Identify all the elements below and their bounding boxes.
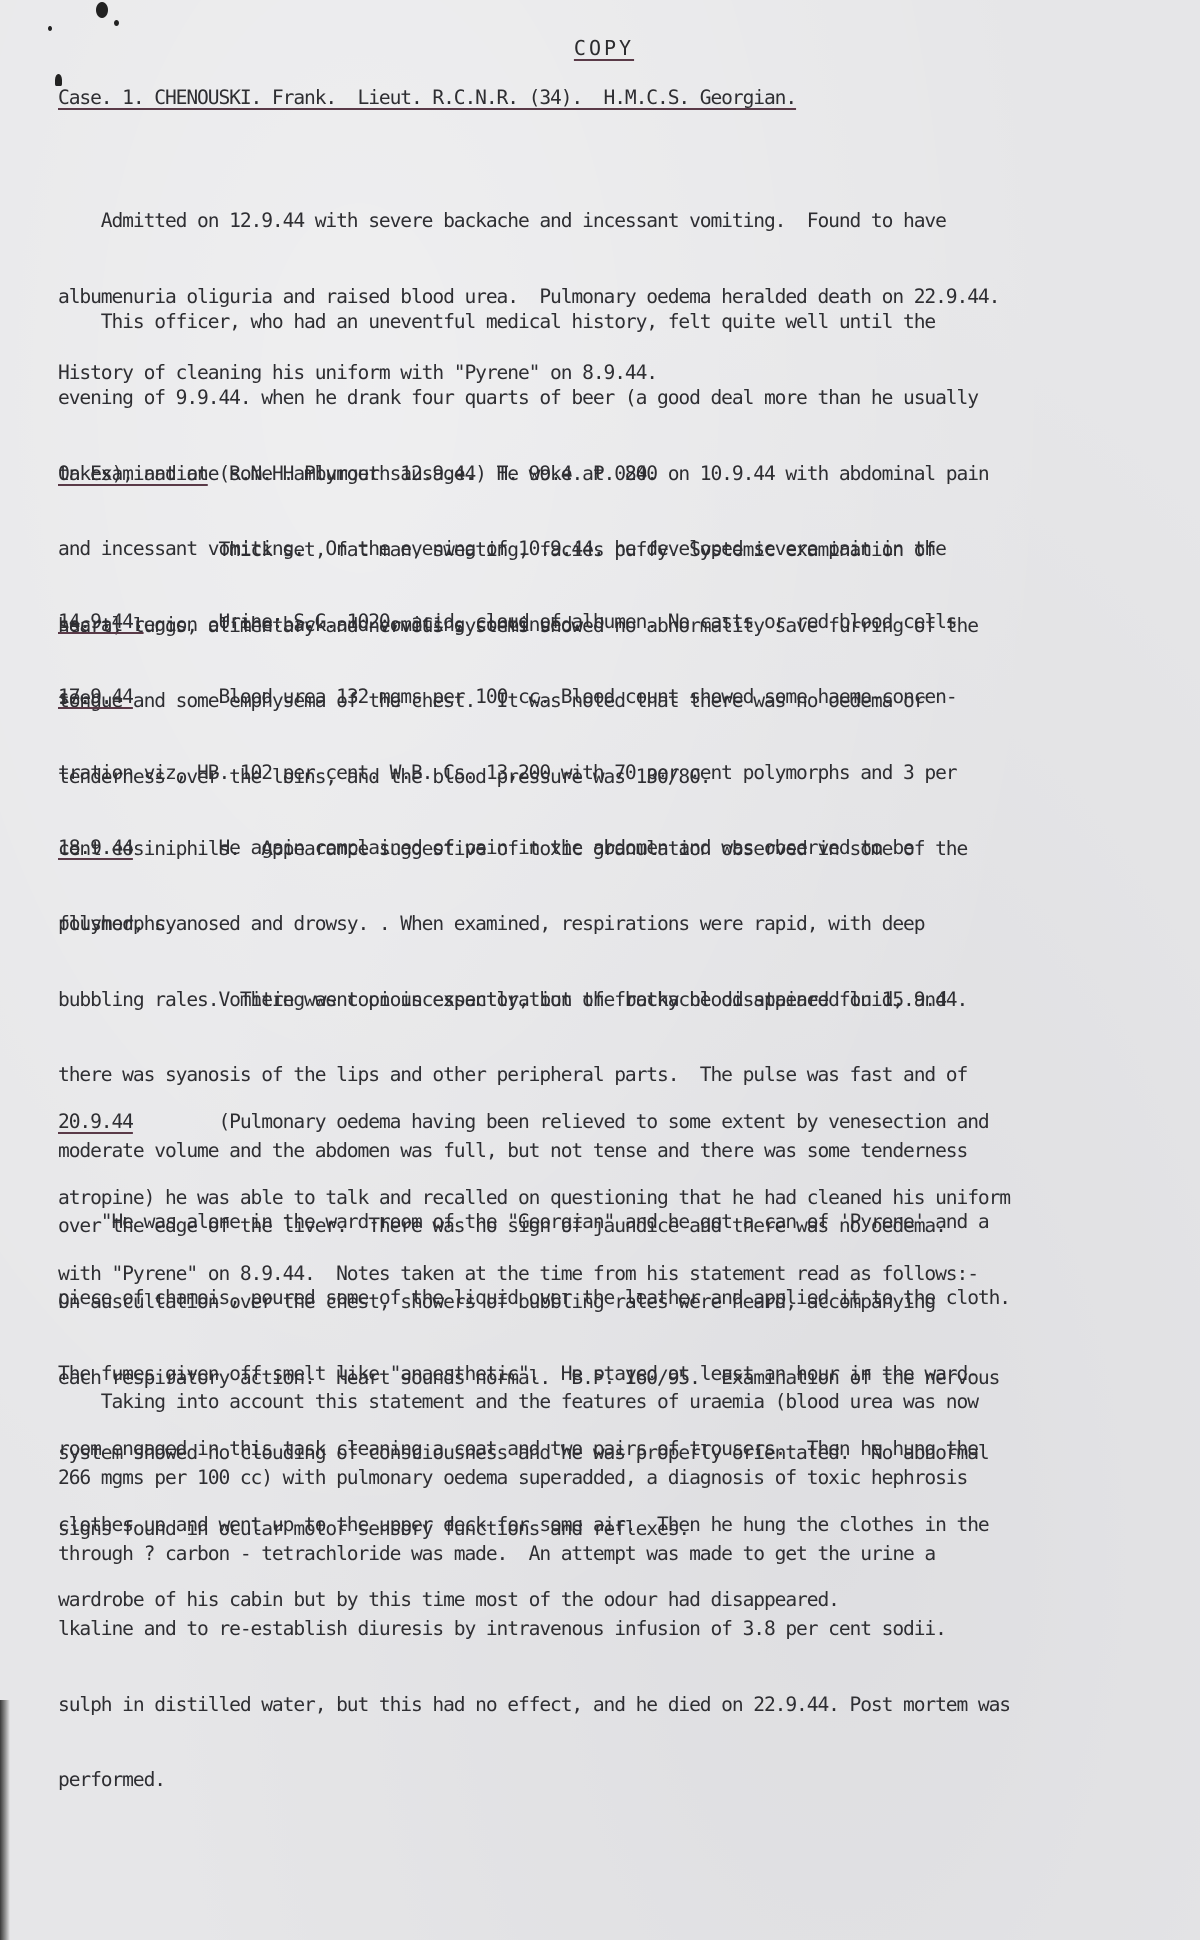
- document-title: COPY: [0, 36, 1200, 60]
- entry-text: Urine: S.G. 1020, acid, cloud of albumen…: [144, 610, 957, 633]
- text-line: sulph in distilled water, but this had n…: [58, 1692, 1178, 1717]
- text-line: On Examination (R.N.H. Plymouth 12.9.44)…: [58, 461, 1178, 486]
- ink-spot: [96, 2, 108, 18]
- paragraph-conclusion: Taking into account this statement and t…: [58, 1339, 1178, 1843]
- entry-text: (Pulmonary oedema having been relieved t…: [133, 1110, 989, 1133]
- text-line: flushed, cyanosed and drowsy. . When exa…: [58, 911, 1178, 936]
- title-text: COPY: [574, 36, 634, 60]
- entry-text: Blood urea 132 mgms per 100 cc. Blood co…: [133, 685, 957, 708]
- entry-text: He again complained of pain in the abdom…: [133, 836, 914, 859]
- entry-date: 14.9.44.: [58, 610, 144, 633]
- case-heading: Case. 1. CHENOUSKI. Frank. Lieut. R.C.N.…: [58, 85, 1178, 110]
- document-page: COPY Case. 1. CHENOUSKI. Frank. Lieut. R…: [0, 0, 1200, 1940]
- text-line: lkaline and to re-establish diuresis by …: [58, 1616, 1178, 1641]
- page-edge-shadow: [0, 1700, 10, 1940]
- text-line: bubbling rales. There was copious expect…: [58, 987, 1178, 1012]
- heading-rest: (R.N.H. Plymouth 12.9.44) T. 99.4. P. 84…: [208, 462, 657, 485]
- text-line: 14.9.44. Urine: S.G. 1020, acid, cloud o…: [58, 609, 1178, 634]
- entry-date: 17.9.44: [58, 685, 133, 708]
- text-line: Taking into account this statement and t…: [58, 1389, 1178, 1414]
- text-line: 20.9.44 (Pulmonary oedema having been re…: [58, 1109, 1178, 1134]
- entry-date: 20.9.44: [58, 1110, 133, 1133]
- text-line: evening of 9.9.44. when he drank four qu…: [58, 385, 1178, 410]
- text-line: 17.9.44 Blood urea 132 mgms per 100 cc. …: [58, 684, 1178, 709]
- text-line: tration viz, HB. 102 per cent. W.B. Cs. …: [58, 760, 1178, 785]
- text-line: This officer, who had an uneventful medi…: [58, 309, 1178, 334]
- entry-date: 18.9.44: [58, 836, 133, 859]
- text-line: piece of chamois, poured some of the liq…: [58, 1285, 1178, 1310]
- text-line: through ? carbon - tetrachloride was mad…: [58, 1541, 1178, 1566]
- text-line: "He was alone in the ward-room of the "G…: [58, 1209, 1178, 1234]
- text-line: 266 mgms per 100 cc) with pulmonary oede…: [58, 1465, 1178, 1490]
- text-line: performed.: [58, 1767, 1178, 1792]
- ink-spot: [114, 20, 119, 26]
- text-line: Admitted on 12.9.44 with severe backache…: [58, 208, 1178, 233]
- section-heading: On Examination: [58, 462, 208, 485]
- ink-spot: [48, 26, 52, 31]
- text-line: 18.9.44 He again complained of pain in t…: [58, 835, 1178, 860]
